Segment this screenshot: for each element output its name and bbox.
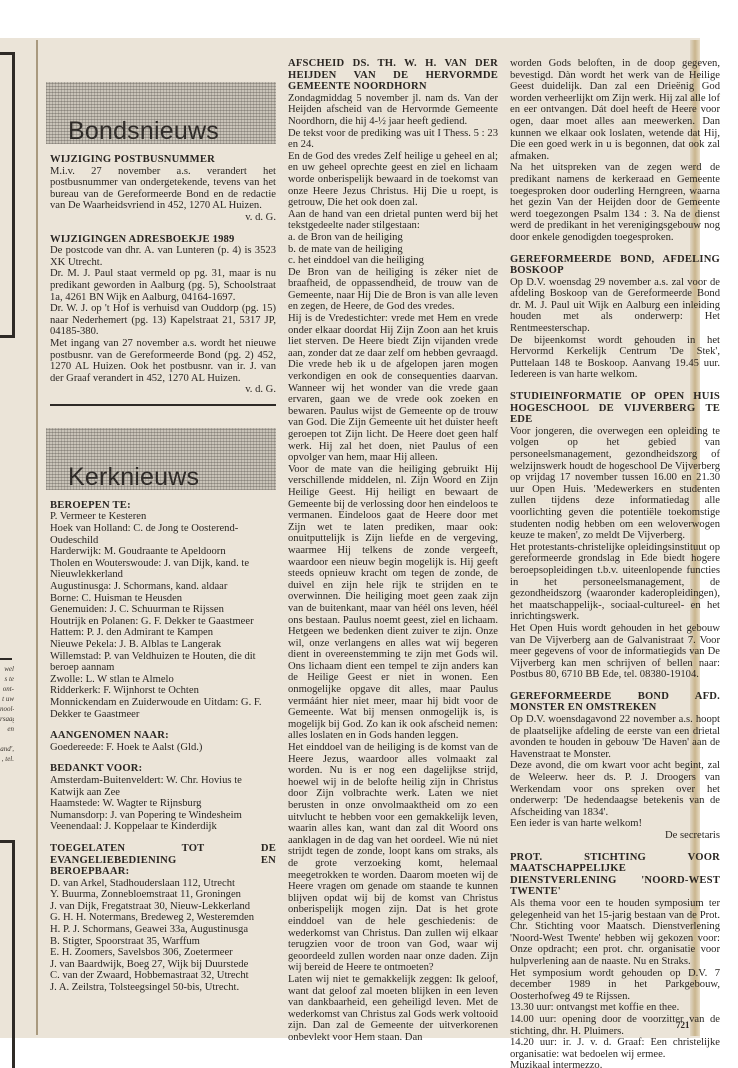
schedule-item: 13.30 uur: ontvangst met koffie en thee. — [510, 1002, 720, 1014]
schedule-item: 14.20 uur: ir. J. v. d. Graaf: Een chris… — [510, 1037, 720, 1060]
list-item: Genemuiden: J. C. Schuurman te Rijssen — [50, 604, 276, 616]
list-item: G. H. H. Notermans, Bredeweg 2, Westerem… — [50, 912, 276, 924]
signature: v. d. G. — [50, 212, 276, 224]
list-item: Nieuwe Pekela: J. B. Alblas te Langerak — [50, 639, 276, 651]
paragraph: Aan de hand van een drietal punten werd … — [288, 209, 498, 232]
bondsnieuws-title: Bondsnieuws — [68, 126, 219, 138]
list-item: Amsterdam-Buitenveldert: W. Chr. Hovius … — [50, 775, 276, 798]
paragraph: Hij is de Vredestichter: vrede met Hem e… — [288, 313, 498, 464]
list-item: Augustinusga: J. Schormans, kand. aldaar — [50, 581, 276, 593]
paragraph: worden Gods beloften, in de doop gegeven… — [510, 58, 720, 162]
list-item: c. het einddoel van die heiliging — [288, 255, 498, 267]
right-column: worden Gods beloften, in de doop gegeven… — [510, 58, 720, 1068]
list-item: a. de Bron van de heiliging — [288, 232, 498, 244]
paragraph: De Bron van de heiliging is zéker niet d… — [288, 267, 498, 313]
section-heading: WIJZIGINGEN ADRESBOEKJE 1989 — [50, 234, 276, 246]
list-item: Goedereede: F. Hoek te Aalst (Gld.) — [50, 742, 276, 754]
middle-column: AFSCHEID DS. TH. W. H. VAN DER HEIJDEN V… — [288, 58, 498, 1043]
list-item: Hattem: P. J. den Admirant te Kampen — [50, 627, 276, 639]
list-item: J. A. Zeilstra, Tolsteegsingel 50-bis, U… — [50, 982, 276, 994]
paragraph: De tekst voor de prediking was uit I The… — [288, 128, 498, 151]
paragraph: Als thema voor een te houden symposium t… — [510, 898, 720, 968]
list-item: J. van Dijk, Fregatstraat 30, Nieuw-Lekk… — [50, 901, 276, 913]
kerknieuws-banner: Kerknieuws — [46, 428, 276, 490]
list-item: Borne: C. Huisman te Heusden — [50, 593, 276, 605]
paragraph: Het Open Huis wordt gehouden in het gebo… — [510, 623, 720, 681]
paragraph: De bijeenkomst wordt gehouden in het Her… — [510, 335, 720, 381]
paragraph: Deze avond, die om kwart voor acht begin… — [510, 760, 720, 818]
gutter-rule — [36, 40, 38, 1035]
paragraph: M.i.v. 27 november a.s. verandert het po… — [50, 166, 276, 212]
list-item: Numansdorp: J. van Popering te Windeshei… — [50, 810, 276, 822]
paragraph: Dr. W. J. op 't Hof is verhuisd van Oudd… — [50, 303, 276, 338]
list-item: J. van Baardwijk, Boeg 27, Wijk bij Duur… — [50, 959, 276, 971]
list-item: Houtrijk en Polanen: G. F. Dekker te Gaa… — [50, 616, 276, 628]
section-heading: BEROEPEN TE: — [50, 500, 276, 512]
paragraph: Op D.V. woensdagavond 22 november a.s. h… — [510, 714, 720, 760]
list-item: B. Stigter, Spoorstraat 35, Warffum — [50, 936, 276, 948]
paragraph: Op D.V. woensdag 29 november a.s. zal vo… — [510, 277, 720, 335]
section-heading: GEREFORMEERDE BOND AFD. MONSTER EN OMSTR… — [510, 691, 720, 714]
list-item: D. van Arkel, Stadhouderslaan 112, Utrec… — [50, 878, 276, 890]
article-heading: AFSCHEID DS. TH. W. H. VAN DER HEIJDEN V… — [288, 58, 498, 93]
paragraph: Het einddoel van de heiliging is de koms… — [288, 742, 498, 974]
paragraph: En de God des vredes Zelf heilige u gehe… — [288, 151, 498, 209]
paragraph: Laten wij niet te gemakkelijk zeggen: Ik… — [288, 974, 498, 1044]
paragraph: Voor jongeren, die overwegen een opleidi… — [510, 426, 720, 542]
section-heading: WIJZIGING POSTBUSNUMMER — [50, 154, 276, 166]
paragraph: Met ingang van 27 november a.s. wordt he… — [50, 338, 276, 384]
list-item: Y. Buurma, Zonnebloemstraat 11, Groninge… — [50, 889, 276, 901]
list-item: Hoek van Holland: C. de Jong te Oosteren… — [50, 523, 276, 546]
paragraph: Zondagmiddag 5 november jl. nam ds. Van … — [288, 93, 498, 128]
bondsnieuws-banner: Bondsnieuws — [46, 82, 276, 144]
list-item: Harderwijk: M. Goudraante te Apeldoorn — [50, 546, 276, 558]
paragraph: Een ieder is van harte welkom! — [510, 818, 720, 830]
section-heading: GEREFORMEERDE BOND, AFDELING BOSKOOP — [510, 254, 720, 277]
schedule-item: Muzikaal intermezzo. — [510, 1060, 720, 1068]
list-item: Ridderkerk: F. Wijnhorst te Ochten — [50, 685, 276, 697]
paragraph: Voor de mate van die heiliging gebruikt … — [288, 464, 498, 742]
list-item: b. de mate van de heiliging — [288, 244, 498, 256]
section-heading: PROT. STICHTING VOOR MAATSCHAPPELIJKE DI… — [510, 852, 720, 898]
previous-page-fragment: wel s te ont- t uw nool- rsaag en and', … — [0, 664, 14, 764]
kerknieuws-title: Kerknieuws — [68, 472, 199, 484]
list-item: Haamstede: W. Wagter te Rijnsburg — [50, 798, 276, 810]
list-item: P. Vermeer te Kesteren — [50, 511, 276, 523]
section-heading: AANGENOMEN NAAR: — [50, 730, 276, 742]
previous-page-rule — [0, 658, 12, 660]
list-item: Monnickendam en Zuiderwoude en Uitdam: G… — [50, 697, 276, 720]
list-item: Veenendaal: J. Koppelaar te Kinderdijk — [50, 821, 276, 833]
list-item: E. H. Zoomers, Savelsbos 306, Zoetermeer — [50, 947, 276, 959]
list-item: H. P. J. Schormans, Geawei 33a, Augustin… — [50, 924, 276, 936]
page-number: 721 — [676, 1020, 690, 1030]
list-item: Willemstad: P. van Veldhuizen te Houten,… — [50, 651, 276, 674]
list-item: Zwolle: L. W stlan te Almelo — [50, 674, 276, 686]
list-item: Tholen en Wouterswoude: J. van Dijk, kan… — [50, 558, 276, 581]
paragraph: De postcode van dhr. A. van Lunteren (p.… — [50, 245, 276, 268]
paragraph: Het symposium wordt gehouden op D.V. 7 d… — [510, 968, 720, 1003]
section-heading: STUDIEINFORMATIE OP OPEN HUIS HOGESCHOOL… — [510, 391, 720, 426]
paragraph: Het protestants-christelijke opleidingsi… — [510, 542, 720, 623]
list-item: C. van der Zwaard, Hobbemastraat 32, Utr… — [50, 970, 276, 982]
section-divider — [50, 404, 276, 406]
previous-page-box-lower — [0, 840, 15, 1068]
previous-page-box — [0, 52, 15, 338]
left-column: Bondsnieuws WIJZIGING POSTBUSNUMMER M.i.… — [50, 82, 276, 994]
signature: De secretaris — [510, 830, 720, 842]
section-heading: TOEGELATEN TOT DE EVANGELIEBEDIENING EN … — [50, 843, 276, 878]
section-heading: BEDANKT VOOR: — [50, 763, 276, 775]
paragraph: Na het uitspreken van de zegen werd de p… — [510, 162, 720, 243]
paragraph: Dr. M. J. Paul staat vermeld op pg. 31, … — [50, 268, 276, 303]
signature: v. d. G. — [50, 384, 276, 396]
